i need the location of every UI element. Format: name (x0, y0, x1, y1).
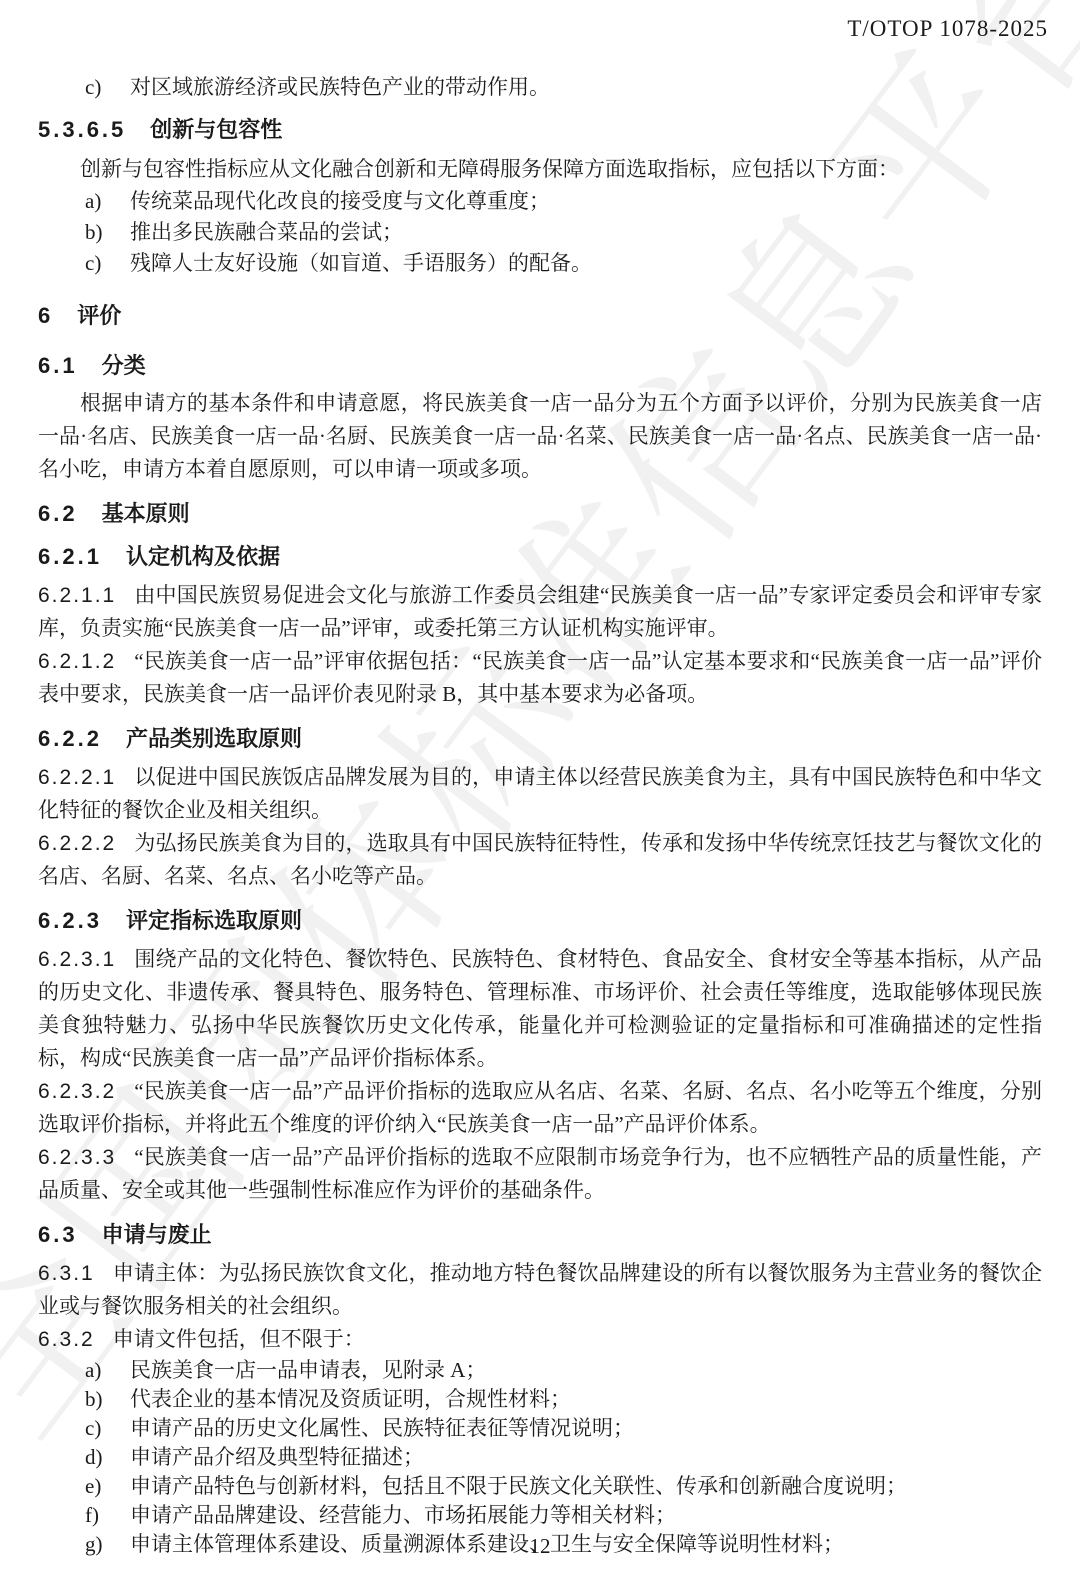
list-marker: c) (85, 248, 101, 279)
clause-text: 申请主体：为弘扬民族饮食文化，推动地方特色餐饮品牌建设的所有以餐饮服务为主营业务… (38, 1261, 1042, 1318)
document-page: 全国团体标准信息平台 T/OTOP 1078-2025 c) 对区域旅游经济或民… (0, 0, 1080, 1574)
heading-number: 6.2.2 (38, 726, 102, 751)
list-item-text: 代表企业的基本情况及资质证明，合规性材料； (130, 1387, 571, 1411)
list-item-text: 对区域旅游经济或民族特色产业的带动作用。 (130, 75, 550, 99)
list-marker: c) (85, 72, 101, 103)
list-item-text: 民族美食一店一品申请表，见附录 A； (130, 1358, 486, 1382)
list-marker: a) (85, 186, 101, 217)
clause-number: 6.2.1.1 (38, 584, 116, 607)
list-marker: b) (85, 1385, 103, 1414)
list-item: c) 残障人士友好设施（如盲道、手语服务）的配备。 (38, 248, 1042, 279)
section-heading: 6.2.2产品类别选取原则 (38, 724, 1042, 754)
clause-number: 6.2.3.2 (38, 1080, 116, 1103)
paragraph: 创新与包容性指标应从文化融合创新和无障碍服务保障方面选取指标，应包括以下方面： (38, 153, 1042, 186)
list-item: e) 申请产品特色与创新材料，包括且不限于民族文化关联性、传承和创新融合度说明； (38, 1472, 1042, 1501)
clause-text: “民族美食一店一品”产品评价指标的选取不应限制市场竞争行为，也不应牺牲产品的质量… (38, 1145, 1042, 1202)
clause: 6.2.3.1围绕产品的文化特色、餐饮特色、民族特色、食材特色、食品安全、食材安… (38, 943, 1042, 1075)
clause-number: 6.2.3.1 (38, 948, 116, 971)
list-item: c) 申请产品的历史文化属性、民族特征表征等情况说明； (38, 1414, 1042, 1443)
clause-text: 由中国民族贸易促进会文化与旅游工作委员会组建“民族美食一店一品”专家评定委员会和… (38, 583, 1042, 640)
clause-text: “民族美食一店一品”产品评价指标的选取应从名店、名菜、名厨、名点、名小吃等五个维… (38, 1079, 1042, 1136)
clause-number: 6.2.2.2 (38, 832, 116, 855)
lettered-list: a) 传统菜品现代化改良的接受度与文化尊重度； b) 推出多民族融合菜品的尝试；… (38, 186, 1042, 279)
clause-text: 以促进中国民族饭店品牌发展为目的，申请主体以经营民族美食为主，具有中国民族特色和… (38, 765, 1042, 822)
list-marker: a) (85, 1356, 101, 1385)
heading-number: 6.3 (38, 1222, 78, 1247)
clause-number: 6.3.2 (38, 1328, 95, 1351)
clause-number: 6.2.1.2 (38, 650, 116, 673)
heading-title: 申请与废止 (102, 1222, 212, 1247)
clause: 6.2.3.3“民族美食一店一品”产品评价指标的选取不应限制市场竞争行为，也不应… (38, 1141, 1042, 1207)
clause-text: “民族美食一店一品”评审依据包括：“民族美食一店一品”认定基本要求和“民族美食一… (38, 649, 1042, 706)
lettered-list: a) 民族美食一店一品申请表，见附录 A； b) 代表企业的基本情况及资质证明，… (38, 1356, 1042, 1559)
list-item: f) 申请产品品牌建设、经营能力、市场拓展能力等相关材料； (38, 1501, 1042, 1530)
heading-number: 5.3.6.5 (38, 117, 126, 142)
list-item-text: 传统菜品现代化改良的接受度与文化尊重度； (130, 189, 550, 213)
heading-title: 产品类别选取原则 (126, 726, 302, 751)
section-heading: 5.3.6.5创新与包容性 (38, 115, 1042, 145)
list-item-text: 申请产品品牌建设、经营能力、市场拓展能力等相关材料； (130, 1503, 676, 1527)
list-item-text: 推出多民族融合菜品的尝试； (130, 220, 403, 244)
list-item-text: 残障人士友好设施（如盲道、手语服务）的配备。 (130, 251, 592, 275)
heading-title: 分类 (102, 353, 146, 378)
list-marker: e) (85, 1472, 101, 1501)
list-item: c) 对区域旅游经济或民族特色产业的带动作用。 (38, 72, 1042, 103)
list-marker: d) (85, 1443, 103, 1472)
clause: 6.3.2申请文件包括，但不限于： (38, 1323, 1042, 1356)
heading-number: 6.2 (38, 501, 78, 526)
clause: 6.2.2.2为弘扬民族美食为目的，选取具有中国民族特征特性，传承和发扬中华传统… (38, 827, 1042, 893)
section-heading: 6.1分类 (38, 351, 1042, 381)
section-heading: 6.3申请与废止 (38, 1220, 1042, 1250)
clause-text: 围绕产品的文化特色、餐饮特色、民族特色、食材特色、食品安全、食材安全等基本指标，… (38, 947, 1042, 1070)
list-item: b) 代表企业的基本情况及资质证明，合规性材料； (38, 1385, 1042, 1414)
clause-number: 6.2.2.1 (38, 766, 116, 789)
list-item-text: 申请产品特色与创新材料，包括且不限于民族文化关联性、传承和创新融合度说明； (130, 1474, 907, 1498)
clause: 6.2.1.2“民族美食一店一品”评审依据包括：“民族美食一店一品”认定基本要求… (38, 645, 1042, 711)
heading-number: 6 (38, 303, 53, 328)
heading-number: 6.2.1 (38, 544, 102, 569)
clause: 6.3.1申请主体：为弘扬民族饮食文化，推动地方特色餐饮品牌建设的所有以餐饮服务… (38, 1257, 1042, 1323)
list-item-text: 申请产品的历史文化属性、民族特征表征等情况说明； (130, 1416, 634, 1440)
section-heading: 6.2.3评定指标选取原则 (38, 906, 1042, 936)
page-content: c) 对区域旅游经济或民族特色产业的带动作用。 5.3.6.5创新与包容性 创新… (0, 0, 1080, 1559)
heading-number: 6.2.3 (38, 908, 102, 933)
clause-number: 6.2.3.3 (38, 1146, 116, 1169)
section-heading: 6.2.1认定机构及依据 (38, 542, 1042, 572)
chapter-heading: 6评价 (38, 301, 1042, 331)
heading-title: 创新与包容性 (150, 117, 282, 142)
page-number: 12 (0, 1530, 1080, 1563)
clause: 6.2.3.2“民族美食一店一品”产品评价指标的选取应从名店、名菜、名厨、名点、… (38, 1075, 1042, 1141)
paragraph: 根据申请方的基本条件和申请意愿，将民族美食一店一品分为五个方面予以评价，分别为民… (38, 387, 1042, 486)
heading-title: 基本原则 (102, 501, 190, 526)
section-heading: 6.2基本原则 (38, 499, 1042, 529)
clause-text: 申请文件包括，但不限于： (113, 1327, 365, 1351)
list-item-text: 申请产品介绍及典型特征描述； (130, 1445, 424, 1469)
list-item: d) 申请产品介绍及典型特征描述； (38, 1443, 1042, 1472)
list-item: b) 推出多民族融合菜品的尝试； (38, 217, 1042, 248)
list-marker: f) (85, 1501, 99, 1530)
list-marker: b) (85, 217, 103, 248)
heading-number: 6.1 (38, 353, 78, 378)
clause-text: 为弘扬民族美食为目的，选取具有中国民族特征特性，传承和发扬中华传统烹饪技艺与餐饮… (38, 831, 1042, 888)
clause: 6.2.2.1以促进中国民族饭店品牌发展为目的，申请主体以经营民族美食为主，具有… (38, 761, 1042, 827)
heading-title: 评价 (77, 303, 121, 328)
clause-number: 6.3.1 (38, 1262, 95, 1285)
list-item: a) 民族美食一店一品申请表，见附录 A； (38, 1356, 1042, 1385)
heading-title: 评定指标选取原则 (126, 908, 302, 933)
clause: 6.2.1.1由中国民族贸易促进会文化与旅游工作委员会组建“民族美食一店一品”专… (38, 579, 1042, 645)
list-marker: c) (85, 1414, 101, 1443)
list-item: a) 传统菜品现代化改良的接受度与文化尊重度； (38, 186, 1042, 217)
heading-title: 认定机构及依据 (126, 544, 280, 569)
